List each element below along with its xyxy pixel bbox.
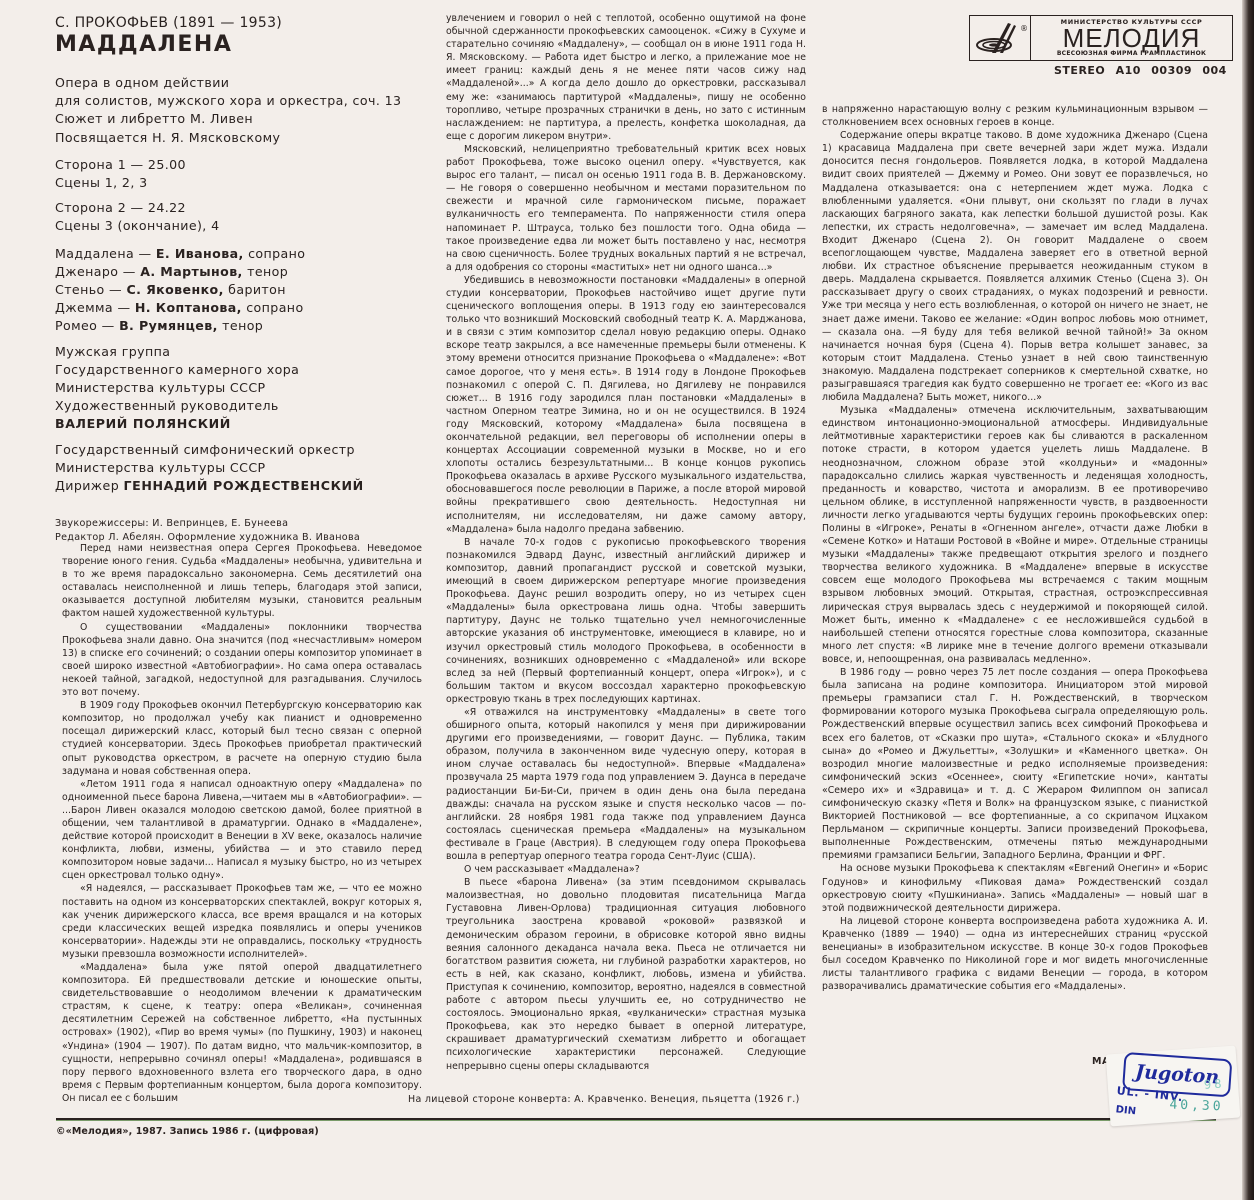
- paragraph: Убедившись в невозможности постановки «М…: [446, 274, 806, 536]
- side-1-duration: Сторона 1 — 25.00: [55, 156, 435, 174]
- footer-divider: [56, 1118, 1216, 1121]
- melodiya-logo: ® МИНИСТЕРСТВО КУЛЬТУРЫ СССР МЕЛОДИЯ ВСЕ…: [969, 15, 1233, 61]
- paragraph: О чем рассказывает «Маддалена»?: [446, 863, 806, 876]
- side-2-scenes: Сцены 3 (окончание), 4: [55, 217, 435, 235]
- copyright-notice: ©«Мелодия», 1987. Запись 1986 г. (цифров…: [56, 1126, 319, 1137]
- paragraph: На лицевой стороне конверта воспроизведе…: [822, 915, 1208, 994]
- cover-art-caption: На лицевой стороне конверта: А. Кравченк…: [408, 1094, 800, 1105]
- price-sticker: Jugoton UL. - INV. DIN 98 40,30: [1106, 1046, 1241, 1127]
- paragraph: В 1909 году Прокофьев окончил Петербургс…: [62, 699, 422, 778]
- paragraph: «Я надеялся, — рассказывает Прокофьев та…: [62, 882, 422, 961]
- cast-row: Дженаро — А. Мартынов, тенор: [55, 263, 435, 281]
- cast-row: Маддалена — Е. Иванова, сопрано: [55, 245, 435, 263]
- registered-mark: ®: [1020, 24, 1028, 33]
- choir-line: Мужская группа: [55, 343, 435, 361]
- credits: Звукорежиссеры: И. Вепринцев, Е. Бунеева…: [55, 517, 435, 544]
- choir-line: Министерства культуры СССР: [55, 379, 435, 397]
- description-line: Посвящается Н. Я. Мясковскому: [55, 129, 435, 147]
- paragraph: В пьесе «барона Ливена» (за этим псевдон…: [446, 876, 806, 1072]
- sleeve-edge: [1242, 0, 1254, 1200]
- price-value: 40,30: [1169, 1097, 1224, 1114]
- record-logo-icon: ®: [970, 16, 1031, 60]
- credits-line: Звукорежиссеры: И. Вепринцев, Е. Бунеева: [55, 517, 435, 531]
- paragraph: На основе музыки Прокофьева к спектаклям…: [822, 862, 1208, 914]
- inventory-code: 98: [1204, 1076, 1225, 1091]
- composer: С. ПРОКОФЬЕВ (1891 — 1953): [55, 14, 435, 32]
- paragraph: «Я отважился на инструментовку «Маддален…: [446, 706, 806, 863]
- paragraph: увлечением и говорил о ней с теплотой, о…: [446, 12, 806, 143]
- cast-row: Ромео — В. Румянцев, тенор: [55, 317, 435, 335]
- description-line: для солистов, мужского хора и оркестра, …: [55, 92, 435, 110]
- paragraph: В начале 70-х годов с рукописью прокофье…: [446, 536, 806, 706]
- brand-subtitle: ВСЕСОЮЗНАЯ ФИРМА ГРАМПЛАСТИНОК: [1057, 50, 1206, 58]
- liner-notes-column-2: увлечением и говорил о ней с теплотой, о…: [446, 12, 806, 1073]
- paragraph: Мясковский, нелицеприятно требовательный…: [446, 143, 806, 274]
- paragraph: Перед нами неизвестная опера Сергея Прок…: [62, 542, 422, 621]
- description-line: Опера в одном действии: [55, 74, 435, 92]
- liner-notes-column-3: в напряженно нарастающую волну с резким …: [822, 103, 1208, 993]
- conductor: ГЕННАДИЙ РОЖДЕСТВЕНСКИЙ: [124, 478, 364, 493]
- paragraph: Содержание оперы вкратце таково. В доме …: [822, 129, 1208, 404]
- liner-notes-column-1: Перед нами неизвестная опера Сергея Прок…: [62, 542, 422, 1105]
- brand-name: МЕЛОДИЯ: [1063, 26, 1201, 50]
- paragraph: Музыка «Маддалены» отмечена исключительн…: [822, 404, 1208, 666]
- side-2-duration: Сторона 2 — 24.22: [55, 199, 435, 217]
- orchestra-line: Государственный симфонический оркестр: [55, 441, 435, 459]
- album-title: МАДДАЛЕНА: [55, 32, 435, 58]
- album-meta: Опера в одном действии для солистов, муж…: [55, 74, 435, 495]
- paragraph: В 1986 году — ровно через 75 лет после с…: [822, 666, 1208, 862]
- paragraph: О существовании «Маддалены» поклонники т…: [62, 621, 422, 700]
- cast-row: Стеньо — С. Яковенко, баритон: [55, 281, 435, 299]
- choir-line: Художественный руководитель: [55, 397, 435, 415]
- conductor-line: Дирижер ГЕННАДИЙ РОЖДЕСТВЕНСКИЙ: [55, 477, 435, 495]
- orchestra-line: Министерства культуры СССР: [55, 459, 435, 477]
- paragraph: в напряженно нарастающую волну с резким …: [822, 103, 1208, 129]
- cast-row: Джемма — Н. Коптанова, сопрано: [55, 299, 435, 317]
- currency-label: DIN: [1115, 1104, 1136, 1117]
- choir-director: ВАЛЕРИЙ ПОЛЯНСКИЙ: [55, 415, 435, 433]
- paragraph: «Летом 1911 года я написал одноактную оп…: [62, 778, 422, 883]
- description-line: Сюжет и либретто М. Ливен: [55, 110, 435, 128]
- catalog-number: STEREO A10 00309 004: [1054, 64, 1227, 77]
- side-1-scenes: Сцены 1, 2, 3: [55, 174, 435, 192]
- choir-line: Государственного камерного хора: [55, 361, 435, 379]
- paragraph: «Маддалена» была уже пятой оперой двадца…: [62, 961, 422, 1105]
- album-header: С. ПРОКОФЬЕВ (1891 — 1953) МАДДАЛЕНА Опе…: [55, 14, 435, 544]
